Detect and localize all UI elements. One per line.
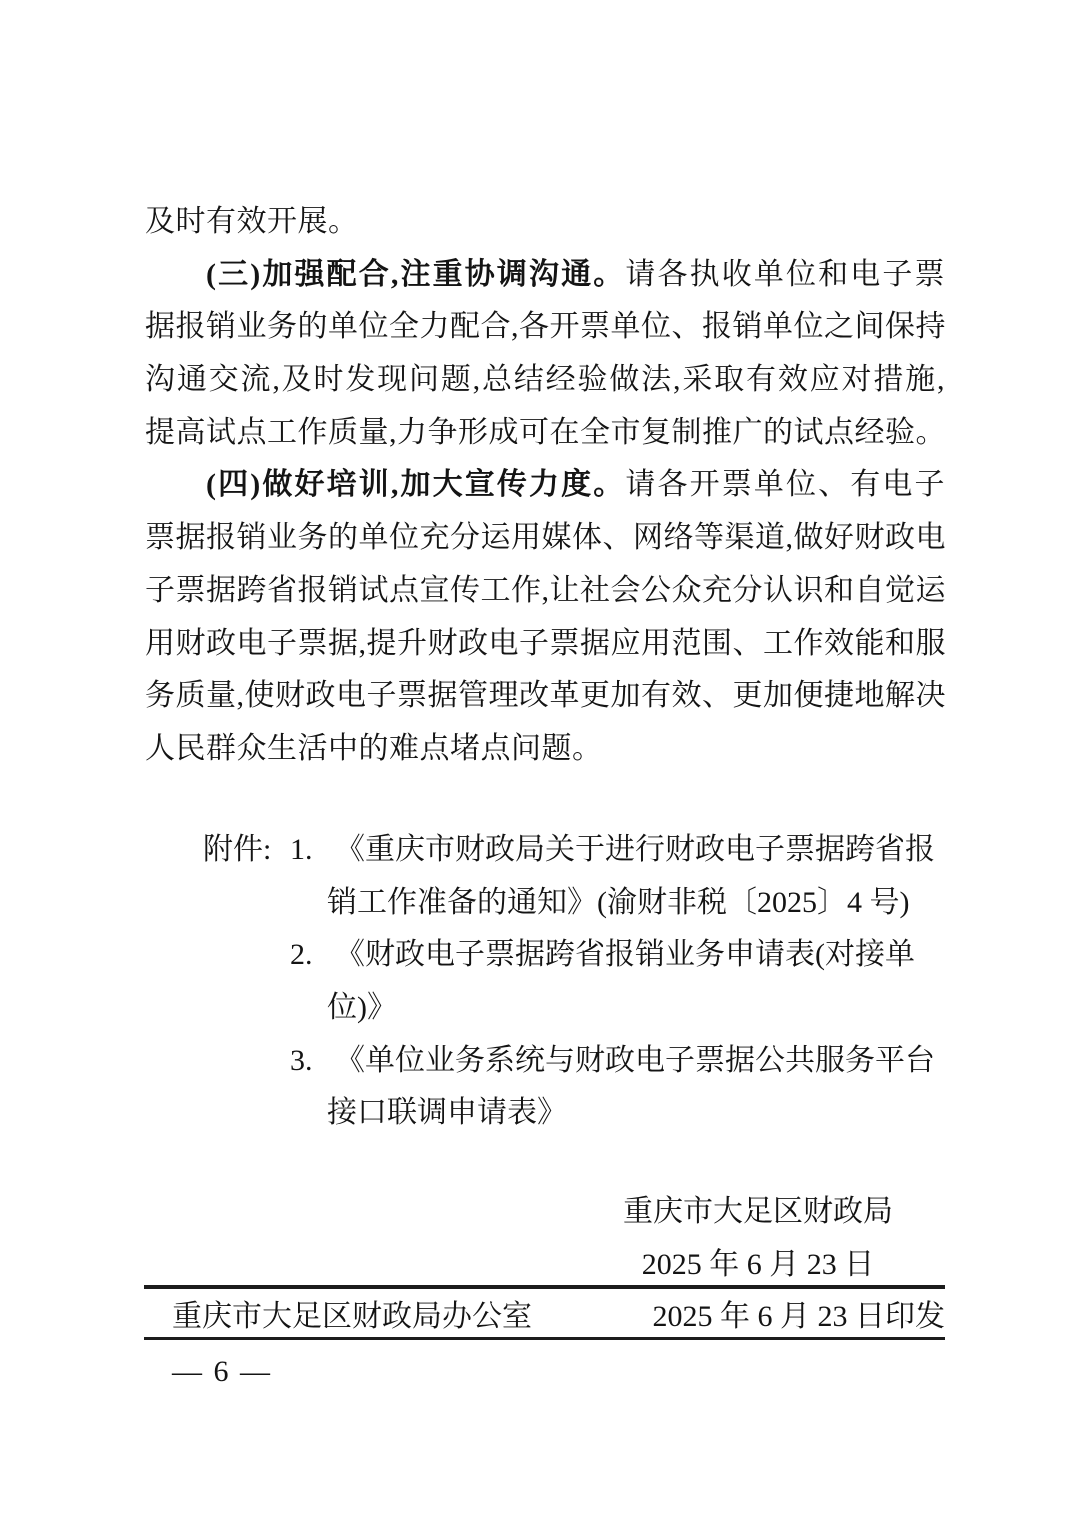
body-text: 及时有效开展。 (三)加强配合,注重协调沟通。请各执收单位和电子票 据报销业务的… [145,196,945,776]
section4-line1: (四)做好培训,加大宣传力度。请各开票单位、有电子 [145,459,945,512]
page-number: — 6 — [172,1352,272,1392]
footer-rule-bottom [144,1337,945,1340]
footer-office: 重庆市大足区财政局办公室 [172,1291,532,1335]
attachment-3-title-line1: 《单位业务系统与财政电子票据公共服务平台 [335,1035,935,1088]
section4-line6: 人民群众生活中的难点堵点问题。 [145,723,945,776]
body-carryover-text: 及时有效开展。 [145,205,359,238]
attachment-1-number: 1. [290,824,313,877]
attachment-1-title-line1: 《重庆市财政局关于进行财政电子票据跨省报 [335,824,935,877]
attachment-item-3-row-1: 3. 《单位业务系统与财政电子票据公共服务平台 [145,1035,985,1088]
section4-line3: 子票据跨省报销试点宣传工作,让社会公众充分认识和自觉运 [145,565,945,618]
section4-line5: 务质量,使财政电子票据管理改革更加有效、更加便捷地解决 [145,670,945,723]
section4-line1-rest: 请各开票单位、有电子 [625,468,945,501]
attachments-label: 附件: [203,824,271,877]
footer-print-date: 2025 年 6 月 23 日印发 [653,1291,946,1335]
section3-heading: (三)加强配合,注重协调沟通。 [206,258,625,291]
attachment-item-3-row-2: 接口联调申请表》 [145,1087,985,1140]
attachment-item-2-row-1: 2. 《财政电子票据跨省报销业务申请表(对接单 [145,929,985,982]
attachment-item-2-row-2: 位)》 [145,982,985,1035]
section3-line4: 提高试点工作质量,力争形成可在全市复制推广的试点经验。 [145,407,945,460]
issuing-org: 重庆市大足区财政局 [623,1185,893,1238]
signature-block: 重庆市大足区财政局 2025 年 6 月 23 日 [623,1185,893,1291]
attachment-2-title-line2: 位)》 [327,982,397,1035]
document-page: 及时有效开展。 (三)加强配合,注重协调沟通。请各执收单位和电子票 据报销业务的… [0,0,1074,1520]
body-carryover-line: 及时有效开展。 [145,196,945,249]
attachment-1-title-line2: 销工作准备的通知》(渝财非税〔2025〕4 号) [327,877,909,930]
section4-line4: 用财政电子票据,提升财政电子票据应用范围、工作效能和服 [145,618,945,671]
section4-heading: (四)做好培训,加大宣传力度。 [206,468,625,501]
attachment-item-1-row-2: 销工作准备的通知》(渝财非税〔2025〕4 号) [145,877,985,930]
attachment-list: 附件: 1. 《重庆市财政局关于进行财政电子票据跨省报 销工作准备的通知》(渝财… [145,824,985,1140]
section3-line1: (三)加强配合,注重协调沟通。请各执收单位和电子票 [145,249,945,302]
attachment-2-title-line1: 《财政电子票据跨省报销业务申请表(对接单 [335,929,915,982]
attachment-item-1-row-1: 附件: 1. 《重庆市财政局关于进行财政电子票据跨省报 [145,824,985,877]
attachment-3-number: 3. [290,1035,313,1088]
issue-date: 2025 年 6 月 23 日 [623,1238,893,1291]
attachment-2-number: 2. [290,929,313,982]
attachment-3-title-line2: 接口联调申请表》 [327,1087,567,1140]
section3-line3: 沟通交流,及时发现问题,总结经验做法,采取有效应对措施, [145,354,945,407]
section3-line2: 据报销业务的单位全力配合,各开票单位、报销单位之间保持 [145,301,945,354]
footer-colophon: 重庆市大足区财政局办公室 2025 年 6 月 23 日印发 [144,1289,945,1337]
section4-line2: 票据报销业务的单位充分运用媒体、网络等渠道,做好财政电 [145,512,945,565]
section3-line1-rest: 请各执收单位和电子票 [625,258,945,291]
